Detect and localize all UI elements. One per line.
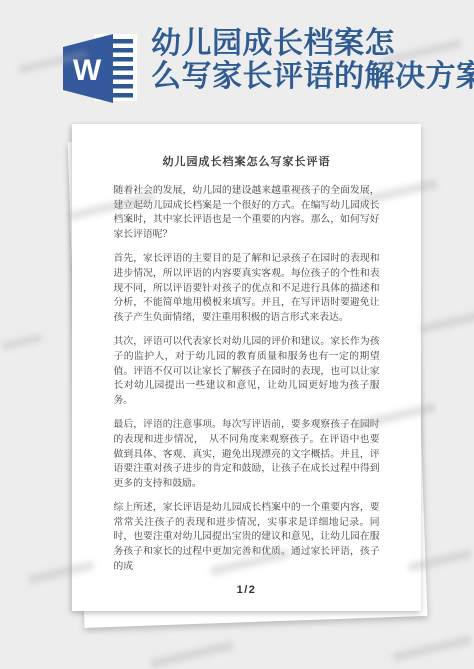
- document-paragraph: 随着社会的发展，幼儿园的建设越来越重视孩子的全面发展，建立起幼儿园成长档案是一个…: [114, 184, 380, 242]
- page-indicator: 1/2: [72, 584, 421, 596]
- document-preview: W 幼儿园成长档案怎 么写家长评语的解决方案 幼儿园成长档案怎么写家长评语 随着…: [0, 0, 474, 669]
- file-title: 幼儿园成长档案怎 么写家长评语的解决方案: [151, 27, 474, 93]
- word-icon-letter: W: [73, 54, 102, 87]
- document-paragraph: 其次，评语可以代表家长对幼儿园的评价和建议。家长作为孩子的监护人，对于幼儿园的教…: [114, 335, 380, 408]
- file-title-line1: 幼儿园成长档案怎: [151, 27, 474, 60]
- preview-header: W 幼儿园成长档案怎 么写家长评语的解决方案: [0, 0, 474, 118]
- document-page-1[interactable]: 幼儿园成长档案怎么写家长评语 随着社会的发展，幼儿园的建设越来越重视孩子的全面发…: [72, 124, 421, 611]
- file-title-line2: 么写家长评语的解决方案: [151, 60, 474, 93]
- watermark: [150, 641, 234, 669]
- document-paragraph: 最后，评语的注意事项。每次写评语前，要多观察孩子在园时的表现和进步情况， 从不同…: [114, 418, 380, 491]
- document-page-title: 幼儿园成长档案怎么写家长评语: [72, 153, 421, 169]
- watermark: [392, 635, 472, 662]
- document-paragraph: 首先，家长评语的主要目的是了解和记录孩子在园时的表现和进步情况，所以评语的内容要…: [114, 252, 380, 325]
- document-paragraph: 综上所述，家长评语是幼儿园成长档案中的一个重要内容，要常常关注孩子的表现和进步情…: [114, 501, 380, 574]
- watermark: [420, 311, 474, 333]
- watermark: [2, 334, 43, 351]
- word-file-icon: W: [57, 31, 141, 106]
